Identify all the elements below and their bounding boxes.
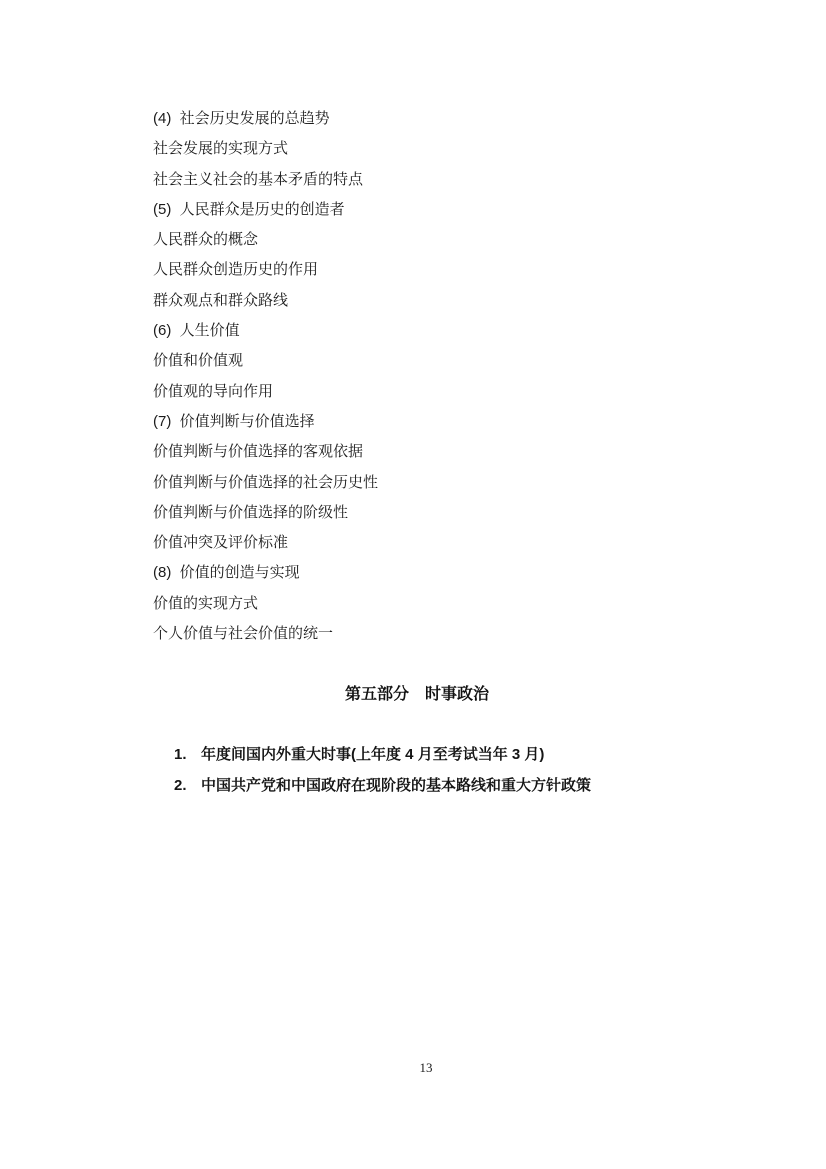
outline-line: (6) 人生价值 <box>153 316 681 346</box>
document-page: (4) 社会历史发展的总趋势 社会发展的实现方式 社会主义社会的基本矛盾的特点 … <box>0 0 826 1169</box>
outline-line: 人民群众创造历史的作用 <box>153 255 681 285</box>
list-item-text: 中国共产党和中国政府在现阶段的基本路线和重大方针政策 <box>201 777 591 794</box>
document-content: (4) 社会历史发展的总趋势 社会发展的实现方式 社会主义社会的基本矛盾的特点 … <box>153 104 681 771</box>
outline-line: (7) 价值判断与价值选择 <box>153 407 681 437</box>
list-item: 1.年度间国内外重大时事(上年度 4 月至考试当年 3 月) <box>149 710 681 740</box>
list-item-text: 年度间国内外重大时事(上年度 4 月至考试当年 3 月) <box>201 746 544 763</box>
outline-line: 社会主义社会的基本矛盾的特点 <box>153 165 681 195</box>
outline-line: 社会发展的实现方式 <box>153 134 681 164</box>
outline-line: 价值判断与价值选择的阶级性 <box>153 498 681 528</box>
outline-line: 价值观的导向作用 <box>153 377 681 407</box>
outline-line: 价值判断与价值选择的社会历史性 <box>153 468 681 498</box>
outline-line: 价值冲突及评价标准 <box>153 528 681 558</box>
page-number: 13 <box>0 1060 826 1076</box>
outline-line: (5) 人民群众是历史的创造者 <box>153 195 681 225</box>
list-item-number: 2. <box>174 771 201 801</box>
blank-line <box>153 649 681 679</box>
outline-line: 人民群众的概念 <box>153 225 681 255</box>
section-title: 第五部分 时事政治 <box>153 680 681 710</box>
outline-line: 价值判断与价值选择的客观依据 <box>153 437 681 467</box>
outline-line: 群众观点和群众路线 <box>153 286 681 316</box>
outline-line: 价值的实现方式 <box>153 589 681 619</box>
outline-line: (4) 社会历史发展的总趋势 <box>153 104 681 134</box>
outline-line: (8) 价值的创造与实现 <box>153 558 681 588</box>
list-item-number: 1. <box>174 740 201 770</box>
outline-line: 价值和价值观 <box>153 346 681 376</box>
outline-line: 个人价值与社会价值的统一 <box>153 619 681 649</box>
